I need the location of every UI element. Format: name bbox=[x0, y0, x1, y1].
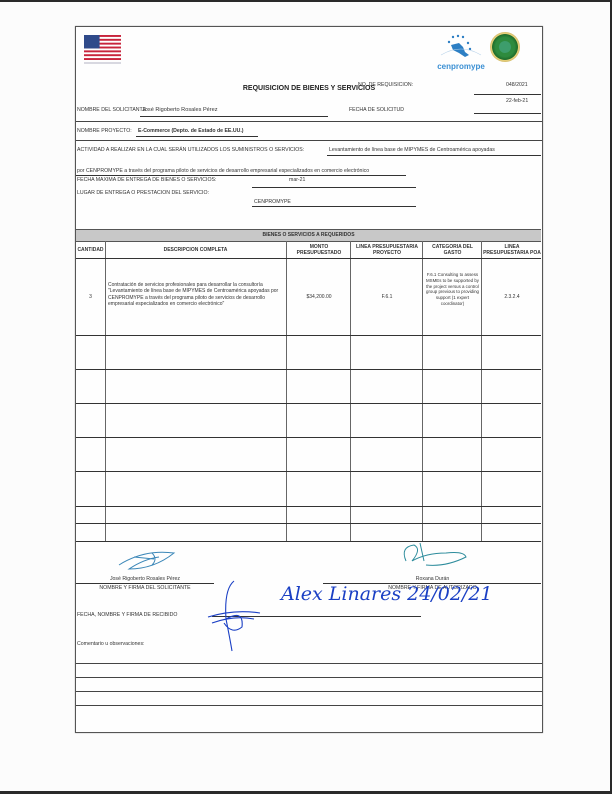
col-header-categoria: CATEGORIA DEL GASTO bbox=[424, 241, 481, 258]
received-signature-icon bbox=[204, 579, 264, 653]
comment-line-4[interactable] bbox=[76, 705, 542, 706]
activity-label: ACTIVIDAD A REALIZAR EN LA CUAL SERÁN UT… bbox=[77, 147, 304, 153]
cenpromype-logo-text: cenpromype bbox=[435, 62, 487, 71]
delivery-date-value: mar-21 bbox=[289, 177, 305, 183]
col-header-monto: MONTO PRESUPUESTADO bbox=[288, 241, 350, 258]
central-america-map-icon bbox=[435, 33, 487, 61]
col-header-cantidad: CANTIDAD bbox=[76, 241, 105, 258]
authorizer-name: Roxana Durán bbox=[324, 576, 541, 582]
cell-categoria: F.6.1 Consulting to assess MSMEs to be s… bbox=[426, 272, 479, 307]
delivery-place-value: CENPROMYPE bbox=[254, 199, 291, 205]
items-table-title: BIENES O SERVICIOS A REQUERIDOS bbox=[76, 230, 541, 241]
req-number-value: 048/2021 bbox=[506, 82, 528, 88]
cell-descripcion: Contratación de servicios profesionales … bbox=[108, 282, 284, 307]
items-table: BIENES O SERVICIOS A REQUERIDOS CANTIDAD… bbox=[76, 229, 541, 541]
activity-value-line2: por CENPROMYPE a través del programa pil… bbox=[77, 168, 369, 174]
us-flag-icon bbox=[84, 35, 121, 60]
comments-label: Comentario u observaciones: bbox=[77, 641, 144, 647]
requisition-form: REQUISICION DE BIENES Y SERVICIOS cenpro… bbox=[75, 26, 543, 733]
requester-caption: NOMBRE Y FIRMA DEL SOLICITANTE bbox=[76, 585, 214, 591]
cell-linea-proyecto: F.6.1 bbox=[352, 294, 422, 300]
cell-linea-poa: 2.3.2.4 bbox=[483, 294, 541, 300]
received-label: FECHA, NOMBRE Y FIRMA DE RECIBIDO bbox=[77, 612, 177, 618]
col-header-linea-poa: LINEA PRESUPUESTARIA POA bbox=[483, 241, 541, 258]
requester-value: José Rigoberto Rosales Pérez bbox=[142, 107, 218, 113]
received-handwritten-note: Alex Linares 24/02/21 bbox=[281, 583, 493, 605]
cell-cantidad: 3 bbox=[76, 294, 105, 300]
project-value: E-Commerce (Depto. de Estado de EE.UU.) bbox=[138, 128, 244, 134]
req-number-label: NO. DE REQUISICION: bbox=[358, 82, 413, 88]
comment-line-2[interactable] bbox=[76, 677, 542, 678]
requester-signature-icon bbox=[114, 545, 184, 575]
delivery-date-label: FECHA MAXIMA DE ENTREGA DE BIENES O SERV… bbox=[77, 177, 216, 183]
cenpromype-logo: cenpromype bbox=[435, 33, 487, 71]
authorizer-signature-icon bbox=[396, 539, 476, 571]
project-label: NOMBRE PROYECTO: bbox=[77, 128, 132, 134]
request-date-label: FECHA DE SOLICITUD bbox=[349, 107, 404, 113]
sica-seal-icon bbox=[490, 32, 520, 62]
request-date-value: 22-feb-21 bbox=[506, 98, 528, 104]
col-header-linea-proyecto: LINEA PRESUPUESTARIA PROYECTO bbox=[352, 241, 422, 258]
document-title: REQUISICION DE BIENES Y SERVICIOS bbox=[76, 85, 542, 92]
comment-line-1[interactable] bbox=[76, 663, 542, 664]
comment-line-3[interactable] bbox=[76, 691, 542, 692]
cell-monto: $34,200.00 bbox=[288, 294, 350, 300]
requester-name: José Rigoberto Rosales Pérez bbox=[76, 576, 214, 582]
delivery-place-label: LUGAR DE ENTREGA O PRESTACION DEL SERVIC… bbox=[77, 190, 209, 196]
activity-value-line1: Levantamiento de línea base de MIPYMES d… bbox=[329, 147, 495, 153]
col-header-descripcion: DESCRIPCION COMPLETA bbox=[105, 241, 286, 258]
flag-caption bbox=[84, 62, 121, 64]
requester-label: NOMBRE DEL SOLICITANTE: bbox=[77, 107, 148, 113]
